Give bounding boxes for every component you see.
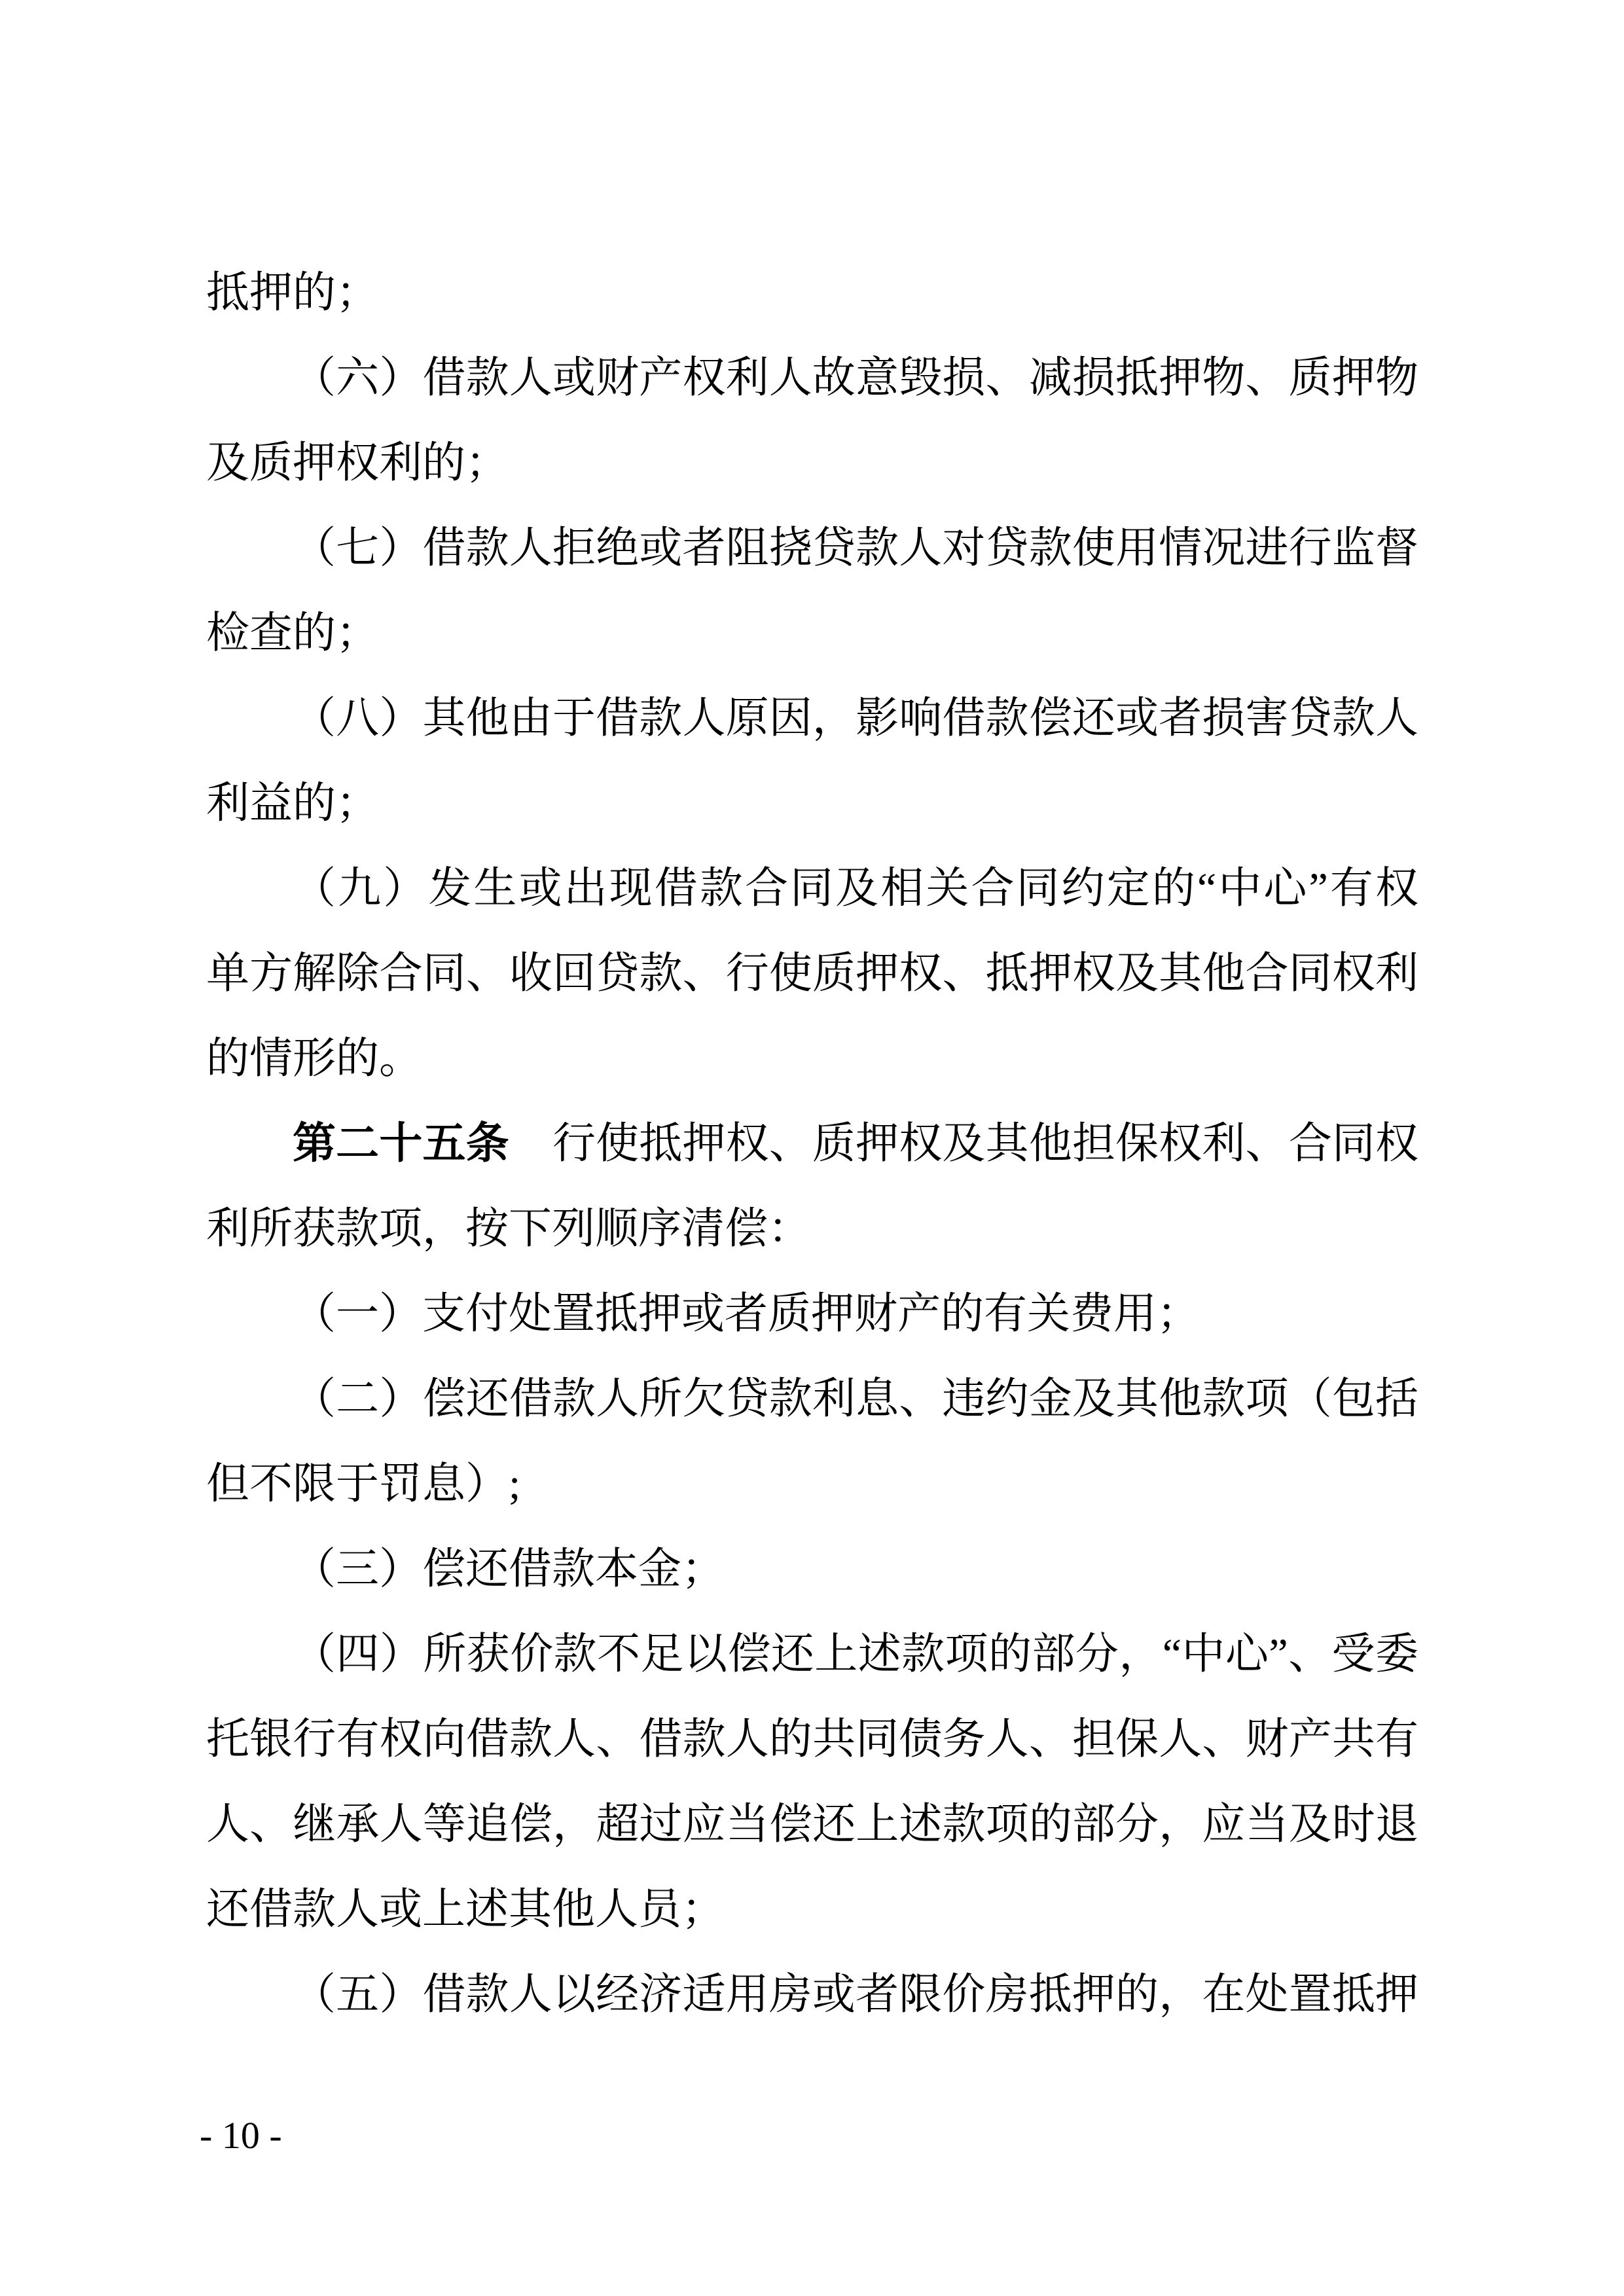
doc-line: 但不限于罚息）; <box>206 1442 1418 1527</box>
page-number: - 10 - <box>200 2113 282 2159</box>
doc-line: （三）偿还借款本金； <box>206 1527 1418 1612</box>
doc-line: 托银行有权向借款人、借款人的共同债务人、担保人、财产共有 <box>206 1697 1418 1782</box>
doc-line: 还借款人或上述其他人员； <box>206 1867 1418 1952</box>
document-page: 抵押的； （六）借款人或财产权利人故意毁损、减损抵押物、质押物 及质押权利的； … <box>0 0 1624 2296</box>
doc-line: 抵押的； <box>206 251 1418 336</box>
doc-line: （四）所获价款不足以偿还上述款项的部分，“中心”、受委 <box>206 1612 1418 1697</box>
doc-line: 单方解除合同、收回贷款、行使质押权、抵押权及其他合同权利 <box>206 931 1418 1016</box>
doc-line: （二）偿还借款人所欠贷款利息、违约金及其他款项（包括 <box>206 1357 1418 1442</box>
text-body: 抵押的； （六）借款人或财产权利人故意毁损、减损抵押物、质押物 及质押权利的； … <box>206 251 1418 2037</box>
clause-heading: 第二十五条 行使抵押权、质押权及其他担保权利、合同权 <box>206 1102 1418 1187</box>
doc-line: 利所获款项，按下列顺序清偿： <box>206 1187 1418 1272</box>
doc-line: （七）借款人拒绝或者阻挠贷款人对贷款使用情况进行监督 <box>206 506 1418 591</box>
clause-heading-text: 行使抵押权、质押权及其他担保权利、合同权 <box>509 1120 1418 1168</box>
doc-line: 利益的； <box>206 761 1418 846</box>
doc-line: 及质押权利的； <box>206 421 1418 506</box>
doc-line: （一）支付处置抵押或者质押财产的有关费用； <box>206 1272 1418 1357</box>
doc-line: （五）借款人以经济适用房或者限价房抵押的，在处置抵押 <box>206 1952 1418 2037</box>
doc-line: 人、继承人等追偿，超过应当偿还上述款项的部分，应当及时退 <box>206 1782 1418 1867</box>
doc-line: （六）借款人或财产权利人故意毁损、减损抵押物、质押物 <box>206 336 1418 421</box>
doc-line: 检查的； <box>206 591 1418 676</box>
doc-line: 的情形的。 <box>206 1016 1418 1102</box>
clause-heading-number: 第二十五条 <box>293 1120 509 1168</box>
doc-line: （九）发生或出现借款合同及相关合同约定的“中心”有权 <box>206 846 1418 931</box>
doc-line: （八）其他由于借款人原因，影响借款偿还或者损害贷款人 <box>206 676 1418 761</box>
